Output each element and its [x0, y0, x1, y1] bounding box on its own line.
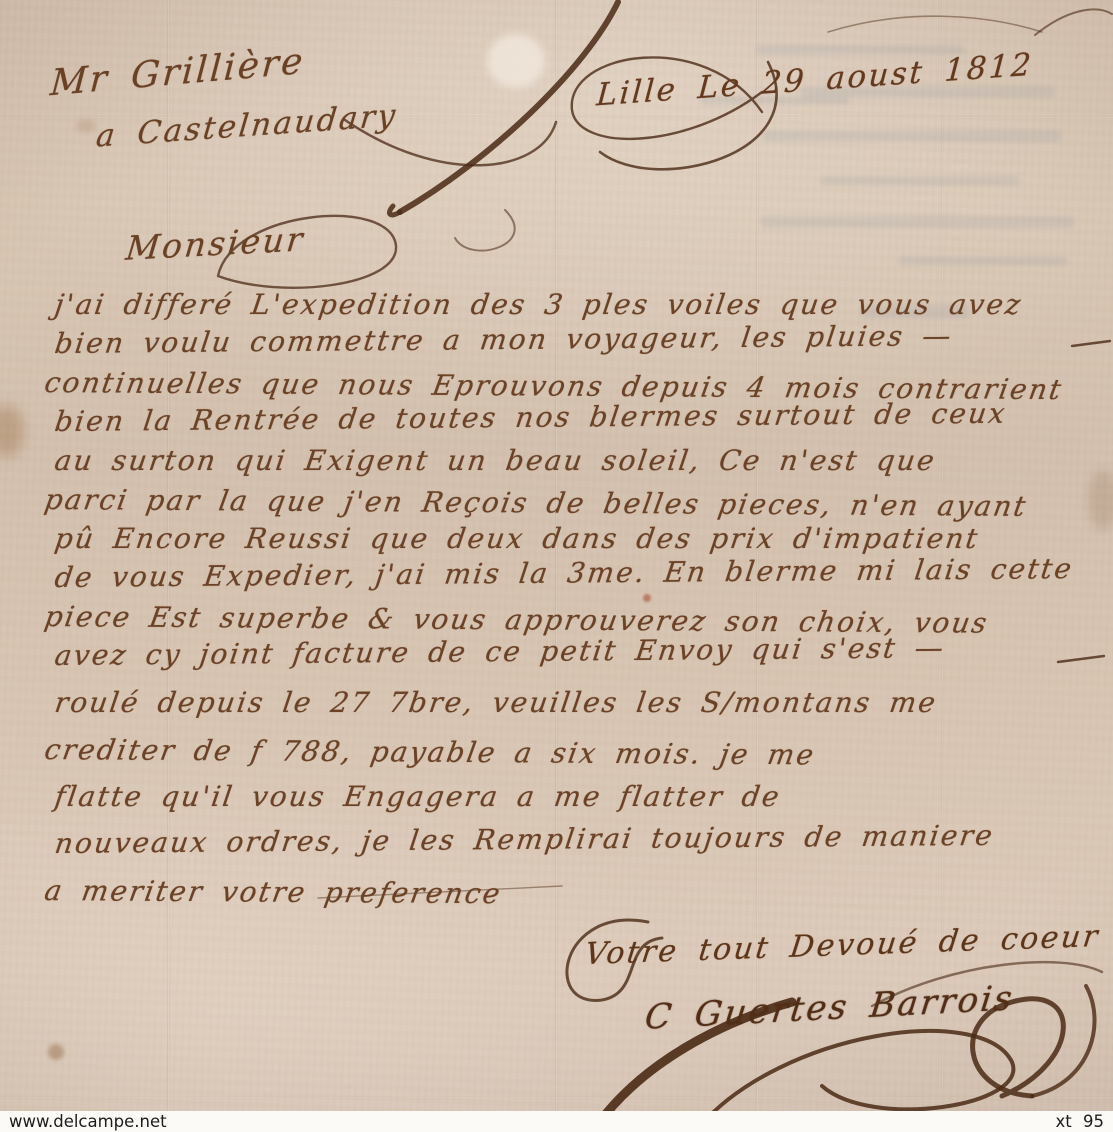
ink-stain: [48, 1044, 64, 1060]
letter-body: j'ai differé L'expedition des 3 ples voi…: [55, 288, 1113, 921]
closing-line: Votre tout Devoué de coeur: [583, 919, 1102, 972]
ink-stain: [76, 120, 96, 132]
body-line: roulé depuis le 27 7bre, veuilles les S/…: [53, 686, 1113, 719]
ink-stain: [0, 405, 24, 457]
show-through-mark: [760, 216, 1075, 228]
body-line: j'ai differé L'expedition des 3 ples voi…: [53, 288, 1113, 321]
show-through-mark: [820, 176, 1020, 186]
corner-flourish: [828, 16, 1042, 32]
salutation: Monsieur: [124, 219, 307, 268]
recipient-name: Mr Grillière: [49, 41, 306, 105]
body-line: crediter de f 788, payable a six mois. j…: [42, 733, 1113, 773]
body-line: de vous Expedier, j'ai mis la 3me. En bl…: [53, 552, 1113, 594]
body-line: nouveaux ordres, je les Remplirai toujou…: [53, 818, 1113, 860]
body-line: pû Encore Reussi que deux dans des prix …: [53, 522, 1113, 555]
watermark-band: www.delcampe.net xt 95: [0, 1111, 1113, 1132]
body-line: a meriter votre preference: [42, 874, 1113, 914]
body-line: parci par la que j'en Reçois de belles p…: [42, 483, 1113, 523]
signature: C Guertes Barrois: [643, 978, 1017, 1038]
recipient-city: a Castelnaudary: [94, 97, 399, 154]
body-line: avez cy joint facture de ce petit Envoy …: [53, 630, 1113, 672]
body-line: bien voulu commettre a mon voyageur, les…: [53, 318, 1113, 360]
body-line: bien la Rentrée de toutes nos blermes su…: [53, 396, 1113, 438]
show-through-mark: [762, 130, 1062, 142]
signature-paraph: [1032, 986, 1095, 1096]
paper-chip: [487, 34, 545, 88]
body-line: au surton qui Exigent un beau soleil, Ce…: [53, 444, 1113, 477]
dateline: Lille Le 29 aoust 1812: [595, 47, 1034, 114]
body-line: flatte qu'il vous Engagera a me flatter …: [53, 780, 1113, 813]
show-through-mark: [898, 256, 1068, 266]
pen-stroke-flourish: [400, 2, 618, 212]
watermark-url: www.delcampe.net: [9, 1112, 167, 1131]
watermark-right-text: xt 95: [1056, 1112, 1104, 1131]
letter-scan: Mr Grillière a Castelnaudary Lille Le 29…: [0, 0, 1113, 1132]
pen-stroke-flourish: [389, 206, 400, 215]
fold-crease-horizontal: [0, 1096, 1113, 1099]
corner-flourish: [1035, 9, 1112, 35]
recipient-flourish: [455, 210, 515, 251]
